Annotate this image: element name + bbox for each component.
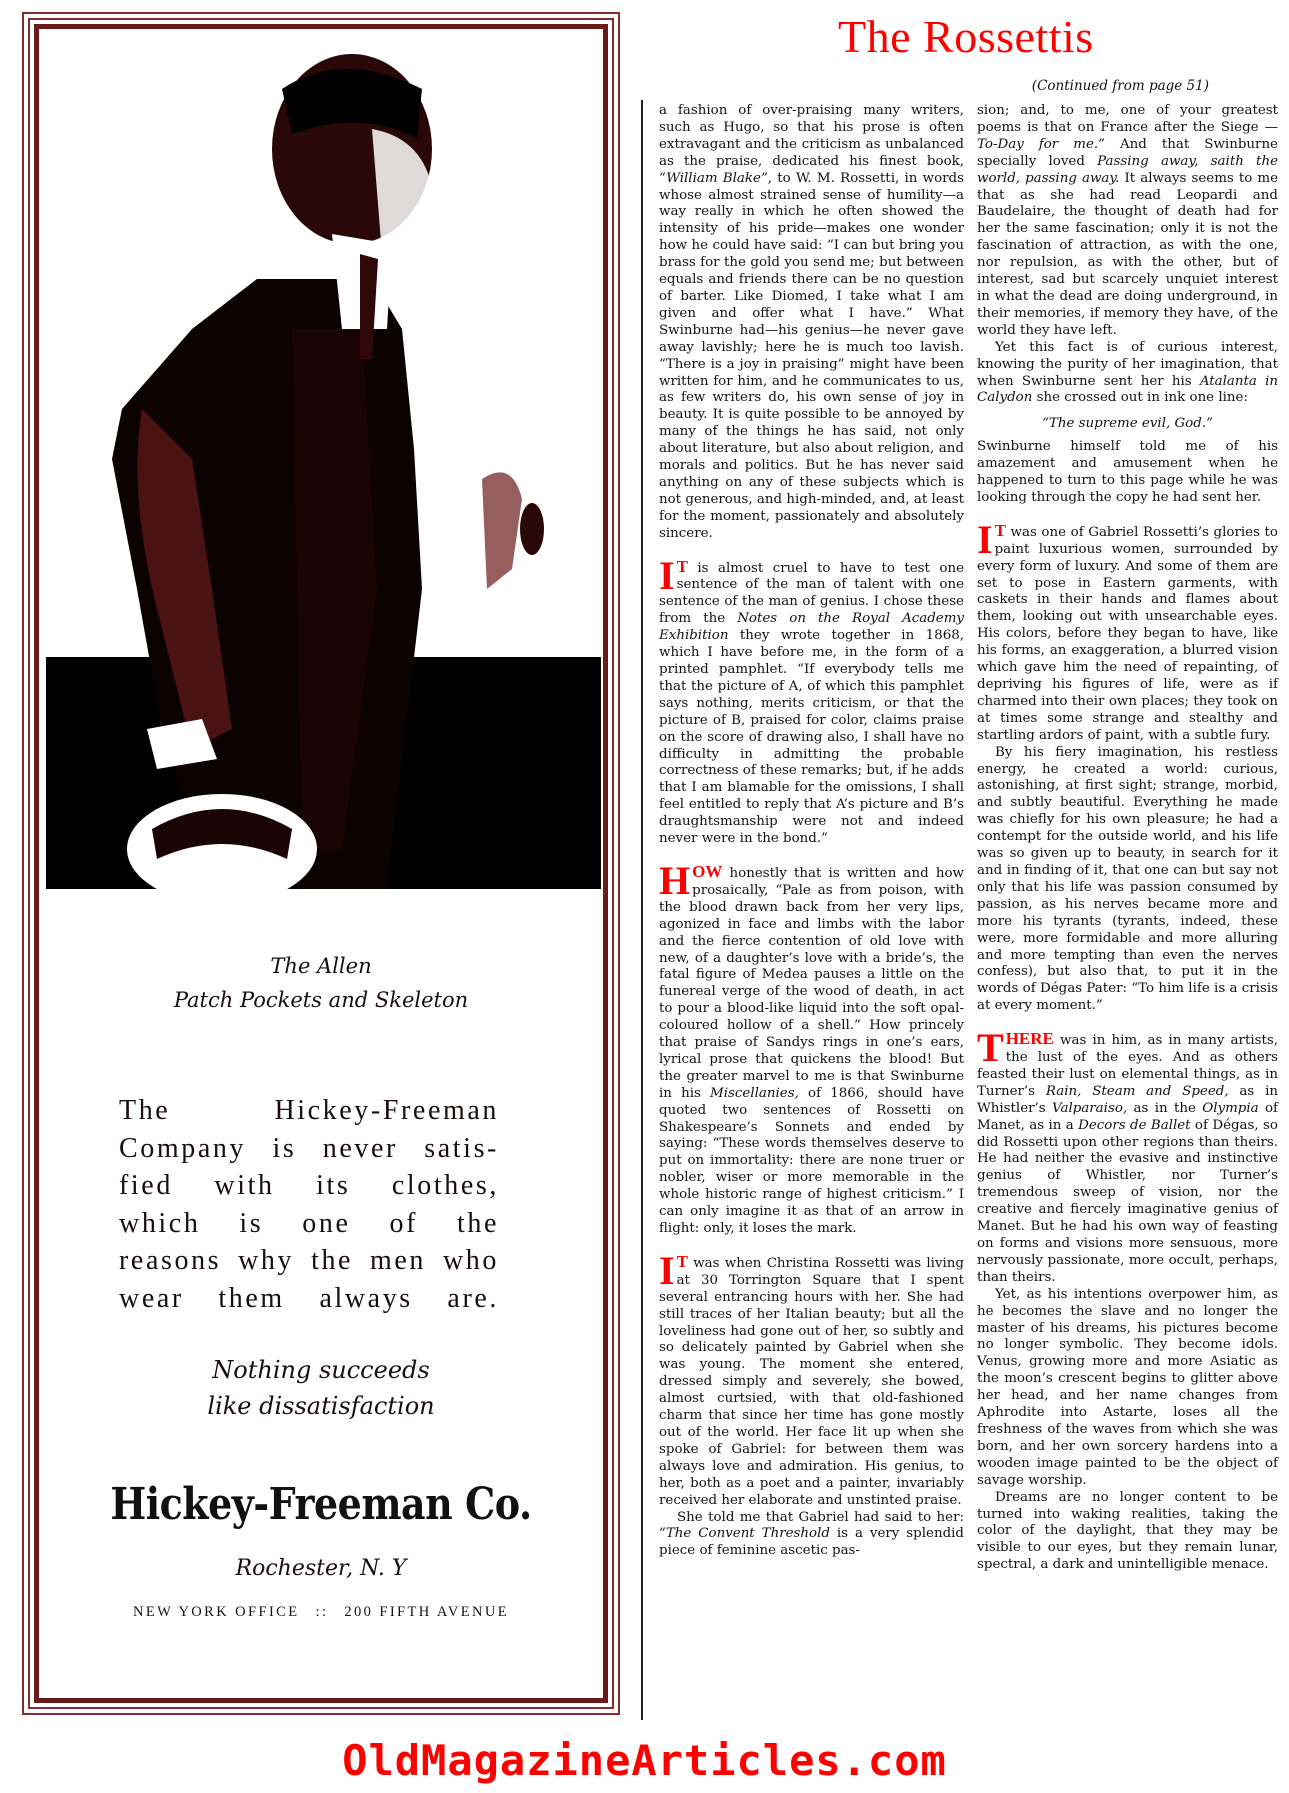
paragraph: Swinburne himself told me of his amazeme…: [977, 439, 1278, 507]
ad-body-line: fied with its clothes,: [119, 1167, 499, 1205]
paragraph: Dreams are no longer content to be turne…: [977, 1490, 1278, 1575]
paragraph: IT was one of Gabriel Rossetti’s glories…: [977, 523, 1278, 745]
drop-cap: I: [659, 560, 675, 592]
paragraph: HOW honestly that is written and how pro…: [659, 864, 964, 1238]
continued-note: (Continued from page 51): [0, 78, 1289, 94]
ad-body-line: wear them always are.: [119, 1280, 499, 1318]
quoted-line: “The supreme evil, God.”: [977, 416, 1278, 433]
paragraph: IT is almost cruel to have to test one s…: [659, 559, 964, 848]
article-column-2: sion; and, to me, one of your greatest p…: [977, 103, 1278, 1574]
ad-caption: The Allen Patch Pockets and Skeleton: [39, 949, 603, 1017]
ad-body-line: The Hickey-Freeman: [119, 1092, 499, 1130]
article-column-1: a fashion of over-praising many writers,…: [659, 103, 964, 1560]
paragraph: IT was when Christina Rossetti was livin…: [659, 1254, 964, 1510]
caption-model-name: The Allen: [39, 949, 603, 983]
paragraph: Yet this fact is of curious interest, kn…: [977, 340, 1278, 408]
hickey-freeman-advertisement: The Allen Patch Pockets and Skeleton The…: [22, 12, 620, 1715]
office-separator: ::: [316, 1604, 329, 1620]
article-title: The Rossettis: [838, 10, 1094, 63]
office-address: NEW YORK OFFICE::200 FIFTH AVENUE: [39, 1604, 603, 1621]
tagline-line: like dissatisfaction: [39, 1388, 603, 1424]
office-label: NEW YORK OFFICE: [133, 1604, 300, 1620]
ad-body-line: which is one of the: [119, 1205, 499, 1243]
paragraph: sion; and, to me, one of your greatest p…: [977, 103, 1278, 340]
brand-logo-text: Hickey-Freeman Co.: [39, 1478, 603, 1530]
column-rule: [641, 100, 643, 1720]
tagline-line: Nothing succeeds: [39, 1352, 603, 1388]
ad-tagline: Nothing succeeds like dissatisfaction: [39, 1352, 603, 1424]
paragraph: Yet, as his intentions overpower him, as…: [977, 1287, 1278, 1490]
site-watermark: OldMagazineArticles.com: [0, 1736, 1289, 1785]
paragraph: By his fiery imagination, his restless e…: [977, 745, 1278, 1016]
man-in-suit-illustration: [42, 29, 605, 891]
paragraph: a fashion of over-praising many writers,…: [659, 103, 964, 543]
drop-cap: I: [659, 1255, 675, 1287]
ad-content: The Allen Patch Pockets and Skeleton The…: [39, 29, 603, 1698]
ad-body-copy: The Hickey-Freeman Company is never sati…: [119, 1092, 499, 1317]
drop-cap: H: [659, 865, 690, 897]
paragraph: THERE was in him, as in many artists, th…: [977, 1031, 1278, 1287]
ad-body-line: reasons why the men who: [119, 1242, 499, 1280]
drop-cap: T: [977, 1032, 1004, 1064]
drop-cap: I: [977, 524, 993, 556]
office-street: 200 FIFTH AVENUE: [344, 1604, 509, 1620]
paragraph: She told me that Gabriel had said to her…: [659, 1510, 964, 1561]
caption-model-detail: Patch Pockets and Skeleton: [39, 983, 603, 1017]
suit-figure-image: [42, 29, 605, 891]
ad-body-line: Company is never satis-: [119, 1130, 499, 1168]
brand-city: Rochester, N. Y: [39, 1556, 603, 1581]
